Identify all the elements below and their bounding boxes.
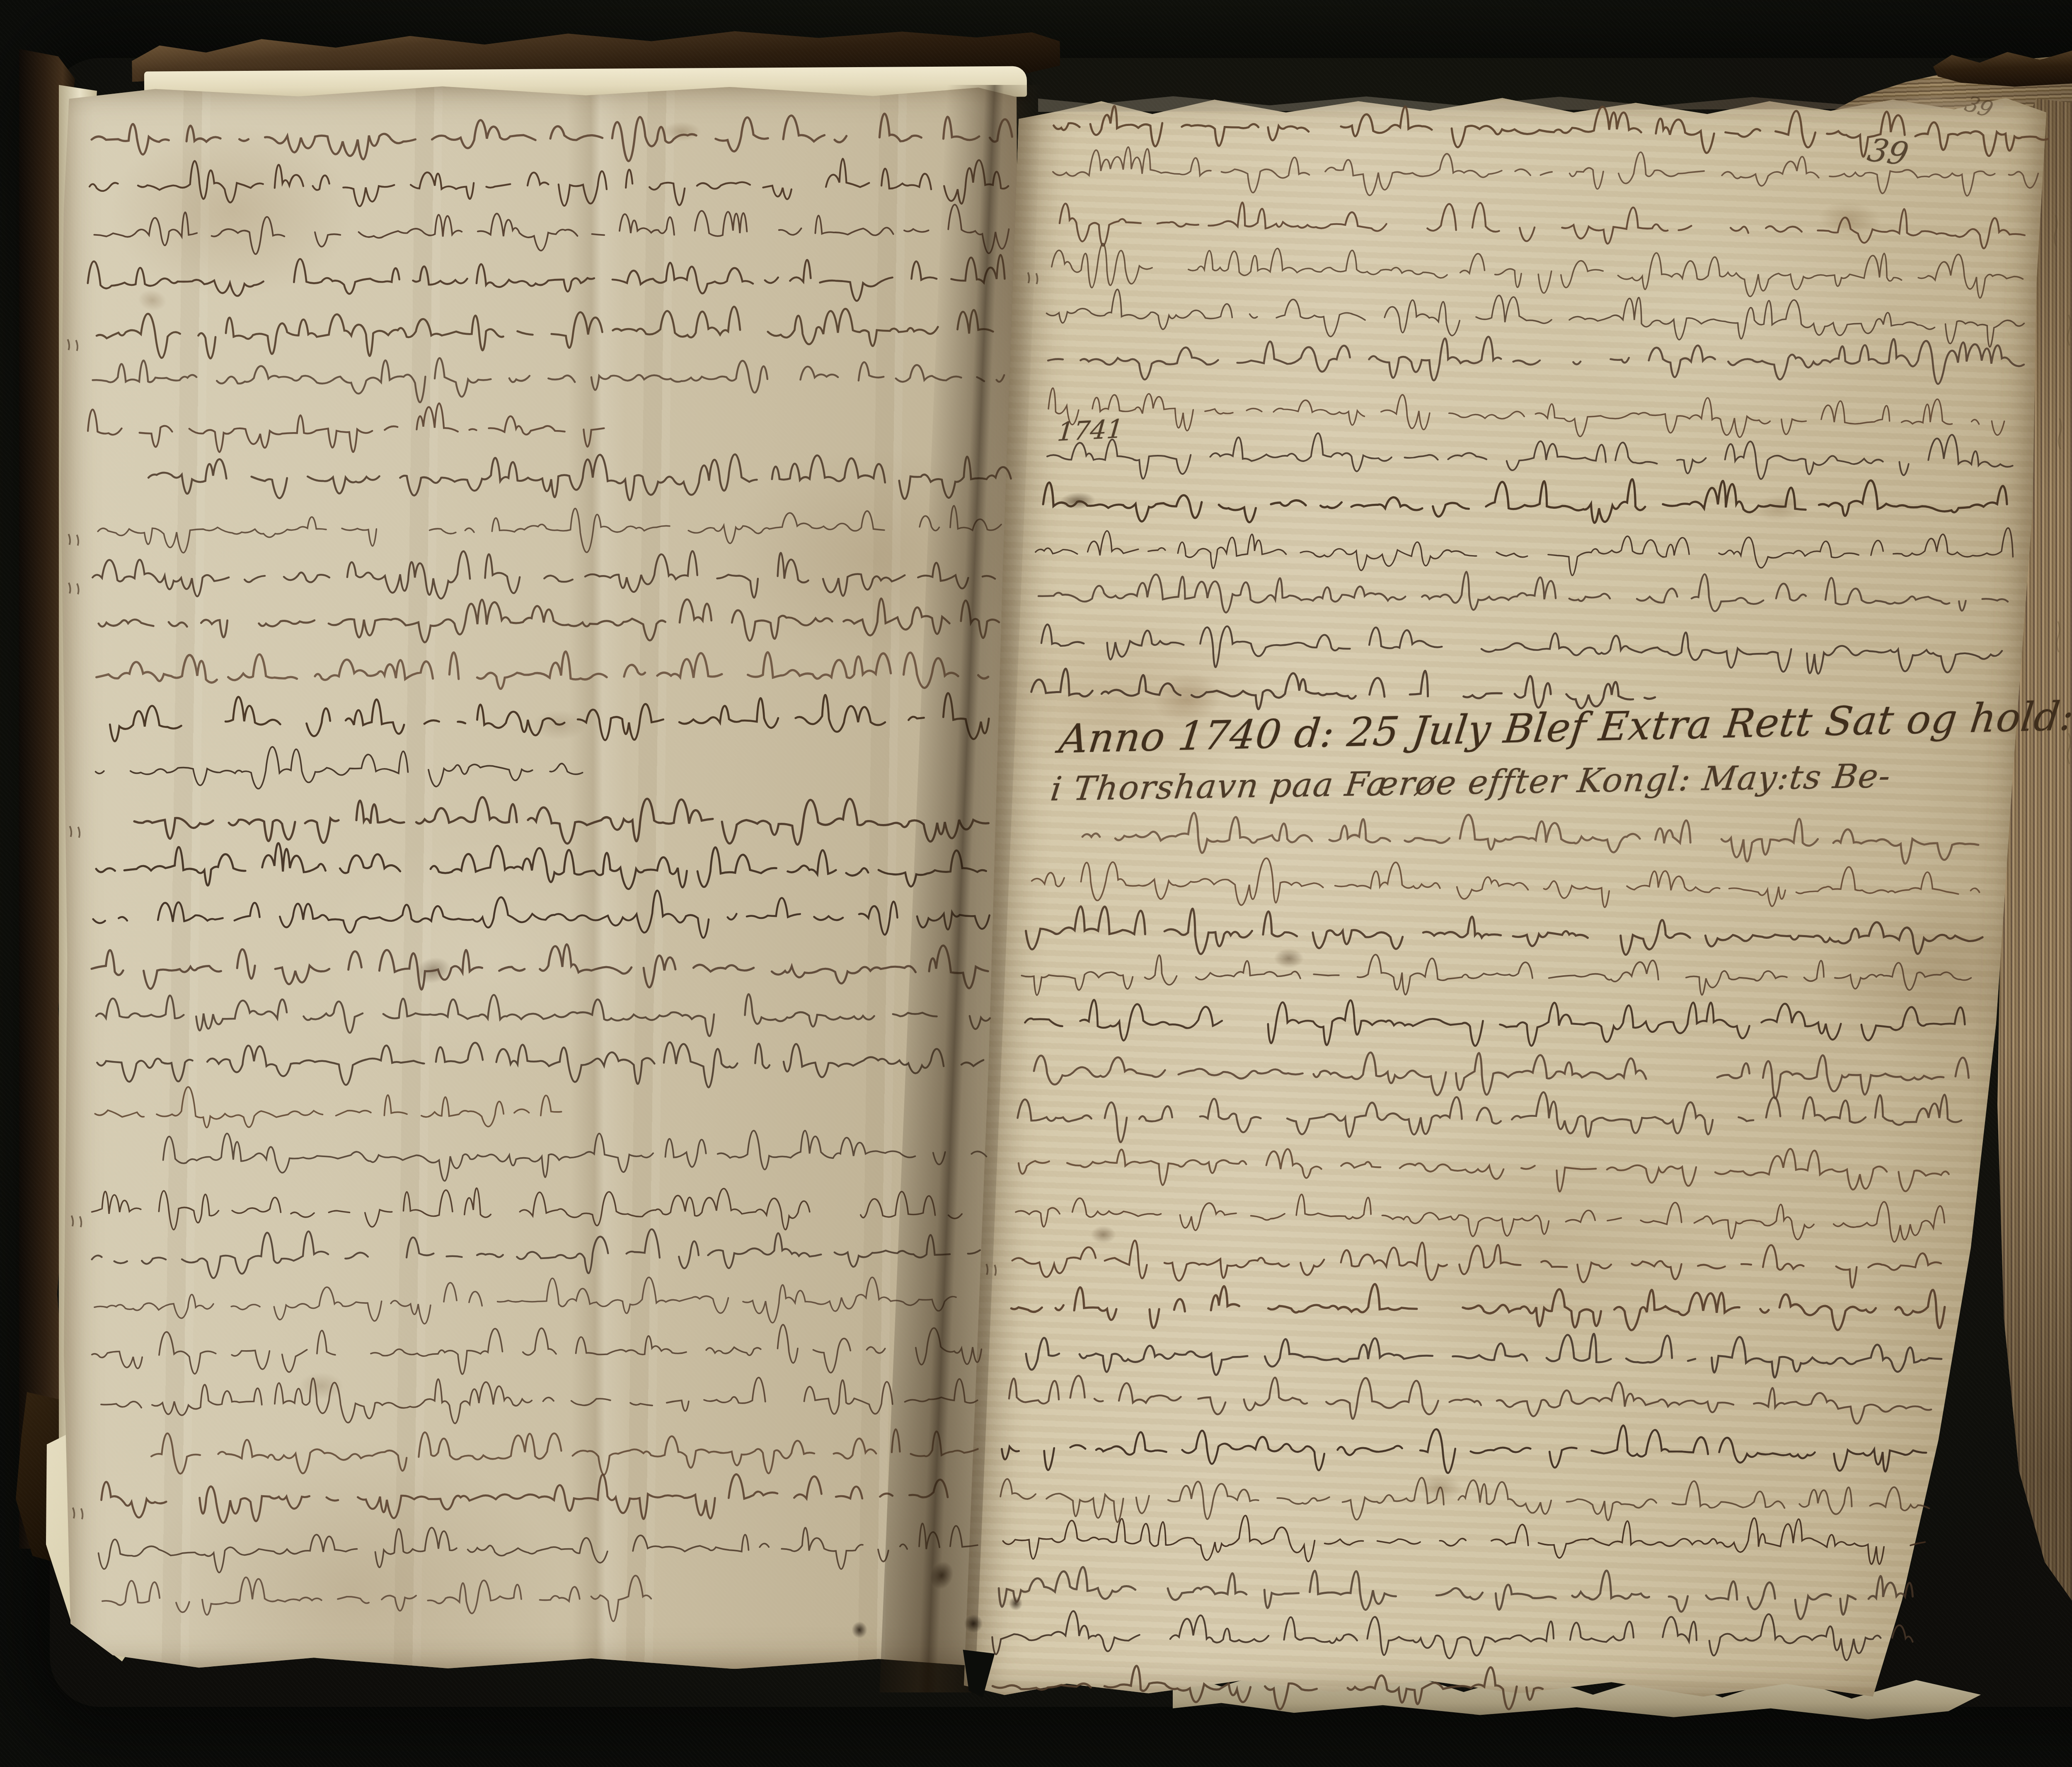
inline-year-1741: 1741 [1056, 413, 1124, 447]
folio-number: 39 [1864, 131, 1912, 172]
archival-photo: Anno 1740 d: 25 July Blef Extra Rett Sat… [0, 0, 2072, 1767]
right-page [963, 93, 2047, 1697]
left-page [59, 81, 1022, 1671]
